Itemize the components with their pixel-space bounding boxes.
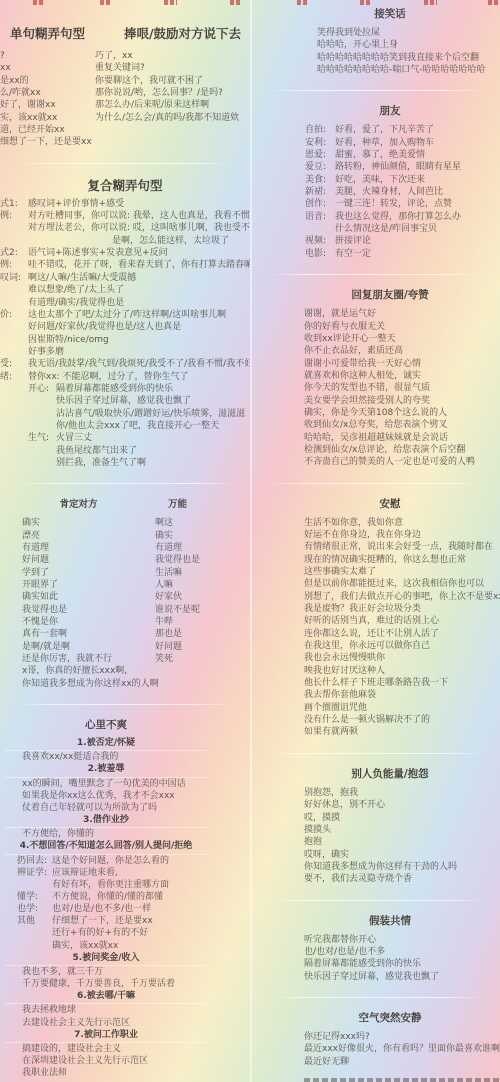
friend-row: 新裙:美腿，火辣身材，人间芭比 [305, 186, 500, 198]
row-label: 爱豆: [305, 161, 335, 173]
phrase-line: 别抱怨，抱我 [304, 787, 500, 799]
pattern-row: 有道理/确实/我觉得也是 [28, 297, 250, 309]
row-text: 甜蜜，慕了，绝美爱情 [335, 149, 425, 161]
friend-row: 美食:好吃，美味，下次还来 [305, 174, 500, 186]
section-title: 别人负能量/抱怨 [252, 768, 500, 781]
phrase-line: 笑得我到处拉屎 [317, 27, 500, 39]
phrase-line: 我觉得也是 [155, 554, 220, 566]
pattern-row: 开心:隔着屏幕都能感受到你的快乐 [28, 383, 250, 395]
phrase-line: 谢谢，就是运气好 [304, 308, 500, 320]
phrase-line: 你知道我多想成为你这样xx的人啊 [22, 678, 135, 690]
row-text: 是啊，怎么能这样，太垃圾了 [112, 235, 229, 247]
row-label: 开心: [28, 383, 56, 395]
phrase-line: xx [0, 62, 95, 74]
pattern-row: 例:哇不错哎，花开了呀，看来春天到了，你有打算去踏春嘛? [0, 259, 250, 271]
row-text: 在深圳建设社会主义先行示范区 [22, 1055, 148, 1067]
row-label: 安利: [305, 137, 335, 149]
row-text: 6.被去哪/干嘛 [77, 991, 135, 1001]
phrase-line: 这些事确实太难了 [304, 566, 500, 578]
phrase-line: 也/也对/也是/也不多 [304, 946, 500, 958]
upset-row: 我去拯救地球 [22, 1004, 212, 1016]
row-text: 7.被问工作职业 [74, 1030, 138, 1040]
phrase-line: 好了，谢谢xx [0, 99, 95, 111]
row-text: 语气词+陈述事实+发表意见+反问 [28, 247, 168, 259]
phrase-list: 谢谢，就是运气好你的好看与衣服无关收到xx评论开心一整天你不止衣品好，素质还高谢… [304, 308, 500, 468]
upset-row: 还行+有的好+有的不好 [17, 927, 212, 939]
row-label [17, 940, 52, 952]
row-text: 美腿，火辣身材，人间芭比 [335, 186, 443, 198]
section-universal: 万能 啊这确实有道理我觉得也是生活嘛人嘛好家伙谁说不是呢牛哔那也是好问题笑死 [135, 498, 245, 690]
phrase-line: 重复关键词? [95, 62, 250, 74]
phrase-line: ? [0, 50, 95, 62]
phrase-line: 他长什么样子下班走哪条路告我一下 [304, 677, 500, 689]
section-divider [266, 274, 486, 275]
phrase-line: 抱抱 [304, 836, 500, 848]
phrase-line: 为什么/怎么会/真的吗/我都不知道欸 [95, 112, 250, 124]
row-text: 对方埋汰老公，你可以说: 哎，这叫啥事儿啊，我也受不了 [28, 222, 250, 234]
phrase-line: 确实 [155, 530, 220, 542]
phrase-line: 就喜欢和你这种人相处，诚实 [304, 370, 500, 382]
phrase-line: 生活不如你意，我如你意 [304, 517, 500, 529]
phrase-line: 收到xx评论开心一整天 [304, 333, 500, 345]
section-title: 心里不爽 [0, 719, 212, 732]
phrase-list: 确实漂亮有道理好问题学到了开眼界了确实如此我觉得也是不愧是你真有一套啊是啊/就是… [22, 517, 135, 690]
row-text: 我鱼尾纹都气出来了 [56, 445, 137, 457]
section-divider [266, 997, 486, 998]
phrase-line: 要不，我们去灵隐寺烧个香 [304, 873, 500, 885]
pattern-row: 是啊，怎么能这样，太垃圾了 [112, 235, 250, 247]
section-title: 复合糊弄句型 [0, 178, 250, 194]
pattern-row: 快乐因子穿过屏幕，感觉我也飘了 [56, 395, 250, 407]
row-label: 其他 [17, 915, 52, 927]
row-label: 懂学: [17, 891, 52, 903]
phrase-line: 好好休息，别不开心 [304, 799, 500, 811]
phrase-line: x哥，你真的好擅长xxx啊, [22, 665, 135, 677]
row-label [17, 879, 52, 891]
row-text: 我无语/我鼓掌/我气到/我烦死/我受不了/我看不惯/我不好说 [28, 358, 250, 370]
upset-row: 其他仔细想了一下，还是要xx [17, 915, 212, 927]
upset-row: 如果我是你xx这么优秀，我才不会xxx [22, 790, 212, 802]
upset-row: 仗着自己年轻就可以为所欲为了吗 [22, 802, 212, 814]
phrase-line: 不吝啬自己的赞美的人一定也是可爱的人鸭 [304, 456, 500, 468]
pattern-row: 式1:感叹词+评价事情+感受 [0, 198, 250, 210]
phrase-line: 哈哈哈哈哈哈哈哈笑到我直接来个后空翻 [317, 52, 500, 64]
phrase-line: 还是你厉害，我就不行 [22, 653, 135, 665]
row-text: 好问题/好家伙/我觉得也是/这人也真是 [28, 321, 181, 333]
section-moments: 回复朋友圈/夸赞 谢谢，就是运气好你的好看与衣服无关收到xx评论开心一整天你不止… [252, 289, 500, 468]
phrase-line: 检测到仙女/x总评论，给您表演个后空翻 [304, 444, 500, 456]
upset-row: 确实，该xx就xx [17, 940, 212, 952]
row-text: 仔细想了一下，还是要xx [52, 915, 153, 927]
phrase-line: 你的好看与衣服无关 [304, 321, 500, 333]
left-column: 单句糊弄句型 ?xx是xx的么/咋就xx好了，谢谢xx实，该xx就xx道，已经开… [0, 0, 250, 1082]
section-jokes: 接笑话 笑得我到处拉屎哈哈哈，开心果上身哈哈哈哈哈哈哈哈笑到我直接来个后空翻哈哈… [252, 0, 500, 76]
upset-row: 也学:也对/也是/也不多/也一样 [17, 903, 212, 915]
phrase-line: 好问题 [155, 641, 220, 653]
top-sections-row: 单句糊弄句型 ?xx是xx的么/咋就xx好了，谢谢xx实，该xx就xx道，已经开… [0, 0, 250, 149]
phrase-line: 但是以前你都能挺过来，这次我相信你也可以 [304, 578, 500, 590]
phrase-line: 那也是 [155, 628, 220, 640]
row-text: 一键三连！转发，评论，点赞 [335, 198, 452, 210]
phrase-line: 啊这 [155, 517, 220, 529]
section-title: 空气突然安静 [252, 1012, 500, 1025]
phrase-line: 最近好无聊 [304, 1056, 500, 1068]
pattern-row: 绪:替你xx: 不能忍啊，过分了，替你生气了 [0, 371, 250, 383]
row-text: 我职业法师 [22, 1067, 67, 1079]
row-text: 应该辩证地来看, [52, 867, 118, 879]
upset-rows: 1.被否定/怀疑我喜欢xx/xx挺适合我的2.被羞辱xx的瞬间，嘴里默念了一句优… [0, 737, 212, 1079]
section-divider [266, 90, 486, 91]
row-text: 我喜欢xx/xx挺适合我的 [22, 751, 118, 763]
phrase-list: 听完我都替你开心也/也对/也是/也不多隔着屏幕都能感受到你的快乐快乐因子穿过屏幕… [304, 934, 500, 983]
friend-row: 视频:拼接评论 [305, 235, 500, 247]
friend-row: 语音:我也这么觉得，那你打算怎么办 [305, 211, 500, 223]
section-title: 接笑话 [252, 8, 500, 21]
section-divider [14, 163, 236, 164]
clipped-bottom-text-row [304, 1078, 500, 1082]
phrase-line: 谁说不是呢 [155, 604, 220, 616]
friend-row: 什么情况这是/咋回事宝贝 [305, 223, 500, 235]
upset-row: 我职业法师 [22, 1067, 212, 1079]
phrase-line: 哈哈哈，吴彦祖超越妹妹就是会说话 [304, 432, 500, 444]
row-text: 感叹词+评价事情+感受 [28, 198, 124, 210]
row-label: 价: [0, 309, 28, 321]
friend-row: 安利:好看，种草，加入购物车 [305, 137, 500, 149]
row-label: 美食: [305, 174, 335, 186]
section-divider [14, 704, 236, 705]
pattern-row: 沾沾喜气/吸取快乐/蹭蹭好运/快乐喷雾，滋滋滋 [56, 408, 250, 420]
row-text: 不方便给，你懂的 [22, 828, 94, 840]
phrase-line: 听完我都替你开心 [304, 934, 500, 946]
pattern-row: 难以想象/绝了/太上头了 [28, 284, 250, 296]
row-text: 难以想象/绝了/太上头了 [28, 284, 124, 296]
upset-row: 我也不多，就三千万 [22, 966, 212, 978]
row-text: 我也这么觉得，那你打算怎么办 [335, 211, 461, 223]
upset-row: 我喜欢xx/xx挺适合我的 [22, 751, 212, 763]
phrase-line: 确实 [22, 517, 135, 529]
phrase-line: 你今天的发型也不错，很显气质 [304, 382, 500, 394]
upset-row: 懂学:不方便说，你懂的/懂的都懂 [17, 891, 212, 903]
section-divider [14, 483, 236, 484]
phrase-line: 细想了一下，还是要xx [0, 136, 95, 148]
phrase-line: 如果有就两顿 [304, 726, 500, 738]
row-text: 5.被问奖金/收入 [73, 953, 140, 963]
row-text: 路转粉，神仙颜值，眼睛有星星 [335, 161, 461, 173]
phrase-line: 有道理 [155, 542, 220, 554]
phrase-line: 哎呀，确实 [304, 849, 500, 861]
phrase-line: 确实，你是今天第108个这么说的人 [304, 407, 500, 419]
section-upset: 心里不爽 1.被否定/怀疑我喜欢xx/xx挺适合我的2.被羞辱xx的瞬间，嘴里默… [0, 719, 212, 1079]
phrase-list: 你还记得xxx吗?最近xxx好像很火，你有看吗？里面你最喜欢谁啊?最近好无聊 [304, 1031, 500, 1068]
phrase-line: 巧了，xx [95, 50, 250, 62]
upset-row: 去建设社会主义先行示范区 [22, 1017, 212, 1029]
phrase-line: 我去帮你套他麻袋 [304, 689, 500, 701]
pattern-row: 你/他也太会xxx了吧，我直接开心一整天 [56, 420, 250, 432]
upset-row: 7.被问工作职业 [5, 1029, 207, 1043]
section-friends: 朋友 自拍:好看，爱了，下凡辛苦了安利:好看，种草，加入购物车恩爱:甜蜜，慕了，… [252, 105, 500, 260]
phrase-list: 生活不如你意，我如你意好运不在你身边，我在你身边有情绪很正常，说出来会好受一点，… [304, 517, 500, 739]
phrase-line: 牛哔 [155, 616, 220, 628]
row-label: 叹词: [0, 272, 28, 284]
section-negative-energy: 别人负能量/抱怨 别抱怨，抱我好好休息，别不开心哎，摸摸摸摸头抱抱哎呀，确实你知… [252, 768, 500, 886]
phrase-line: 摸摸头 [304, 824, 500, 836]
phrase-line: 那怎么办/后来呢/原来这样啊 [95, 99, 250, 111]
phrase-line: 在我这里，你永远可以做你自己 [304, 640, 500, 652]
upset-row: xx的瞬间，嘴里默念了一句优美的中国话 [22, 778, 212, 790]
section-fake-empathy: 假装共情 听完我都替你开心也/也对/也是/也不多隔着屏幕都能感受到你的快乐快乐因… [252, 915, 500, 983]
row-label: 生气: [28, 432, 56, 444]
row-text: xx的瞬间，嘴里默念了一句优美的中国话 [22, 778, 186, 790]
phrase-line: 最近xxx好像很火，你有看吗？里面你最喜欢谁啊? [304, 1043, 500, 1055]
row-text: 如果我是你xx这么优秀，我才不会xxx [22, 790, 175, 802]
phrase-line: 快乐因子穿过屏幕，感觉我也飘了 [304, 971, 500, 983]
friend-rows: 自拍:好看，爱了，下凡辛苦了安利:好看，种草，加入购物车恩爱:甜蜜，慕了，绝美爱… [252, 124, 500, 260]
row-text: 啊这/人嘛/生活嘛/大受震撼 [28, 272, 136, 284]
phrase-line: 哈哈哈，开心果上身 [317, 39, 500, 51]
row-text: 4.不想回答/不知道怎么回答/别人提问/拒绝 [20, 841, 193, 851]
upset-row: 搞建设的，建设社会主义 [22, 1043, 212, 1055]
phrase-line: 好问题 [22, 554, 135, 566]
phrase-list: 别抱怨，抱我好好休息，别不开心哎，摸摸摸摸头抱抱哎呀，确实你知道我多想成为你这样… [304, 787, 500, 886]
section-affirm: 肯定对方 确实漂亮有道理好问题学到了开眼界了确实如此我觉得也是不愧是你真有一套啊… [22, 498, 135, 690]
row-text: 确实，该xx就xx [52, 940, 118, 952]
upset-row: 在深圳建设社会主义先行示范区 [22, 1055, 212, 1067]
pattern-row: 叹词:啊这/人嘛/生活嘛/大受震撼 [0, 272, 250, 284]
section-compound-pattern: 复合糊弄句型 式1:感叹词+评价事情+感受例:对方吐槽同事，你可以说: 我晕，这… [0, 178, 250, 470]
row-text: 2.被羞辱 [88, 764, 125, 774]
pattern-row: 例:对方吐槽同事，你可以说: 我晕，这人也真是，我看不惯 [0, 210, 250, 222]
pattern-row: 别拦我，准备生气了啊 [56, 457, 250, 469]
section-title: 万能 [135, 498, 220, 511]
phrase-line: 你还记得xxx吗? [304, 1031, 500, 1043]
row-text: 好看，爱了，下凡辛苦了 [335, 124, 434, 136]
phrase-line: 确实如此 [22, 591, 135, 603]
row-text: 什么情况这是/咋回事宝贝 [335, 223, 437, 235]
row-label: 式2: [0, 247, 28, 259]
row-label: 受: [0, 358, 28, 370]
phrase-cheatsheet-page: 单句糊弄句型 ?xx是xx的么/咋就xx好了，谢谢xx实，该xx就xx道，已经开… [0, 0, 500, 1082]
phrase-line: 美女要学会坦然接受别人的夸奖 [304, 395, 500, 407]
pattern-rows: 式1:感叹词+评价事情+感受例:对方吐槽同事，你可以说: 我晕，这人也真是，我看… [0, 198, 250, 470]
phrase-line: 哎，摸摸 [304, 812, 500, 824]
row-label: 视频: [305, 235, 335, 247]
phrase-line: 你不止衣品好，素质还高 [304, 345, 500, 357]
row-label: 扔回去: [17, 855, 52, 867]
phrase-line: 真有一套啊 [22, 628, 135, 640]
section-title: 捧哏/鼓励对方说下去 [95, 26, 250, 42]
section-comfort: 安慰 生活不如你意，我如你意好运不在你身边，我在你身边有情绪很正常，说出来会好受… [252, 498, 500, 739]
phrase-line: 你要聊这个，我可就不困了 [95, 75, 250, 87]
row-label: 新裙: [305, 186, 335, 198]
row-text: 拼接评论 [335, 235, 371, 247]
friend-row: 恩爱:甜蜜，慕了，绝美爱情 [305, 149, 500, 161]
row-text: 沾沾喜气/吸取快乐/蹭蹭好运/快乐喷雾，滋滋滋 [56, 408, 245, 420]
row-label [17, 927, 52, 939]
row-text: 也对/也是/也不多/也一样 [52, 903, 151, 915]
row-label: 绪: [0, 371, 28, 383]
row-text: 我去拯救地球 [22, 1004, 76, 1016]
row-label: 例: [0, 210, 28, 222]
section-silence: 空气突然安静 你还记得xxx吗?最近xxx好像很火，你有看吗？里面你最喜欢谁啊?… [252, 1012, 500, 1068]
row-text: 我也不多，就三千万 [22, 966, 103, 978]
phrase-line: 实，该xx就xx [0, 112, 95, 124]
row-label: 创作: [305, 198, 335, 210]
section-title: 朋友 [252, 105, 500, 118]
pattern-row: 价:这也太那个了吧/太过分了/咋这样啊/这叫啥事儿啊 [0, 309, 250, 321]
phrase-line: 道，已经开始xx [0, 124, 95, 136]
row-text: 有空一定 [335, 248, 371, 260]
phrase-line: 唉我也好讨厌这种人 [304, 665, 500, 677]
row-label: 式1: [0, 198, 28, 210]
phrase-line: 你知道我多想成为你这样有干劲的人吗 [304, 861, 500, 873]
row-text: 隔着屏幕都能感受到你的快乐 [56, 383, 173, 395]
section-title: 回复朋友圈/夸赞 [252, 289, 500, 302]
pattern-row: 因崔斯特/nice/omg [28, 334, 250, 346]
phrase-line: 笑死 [155, 653, 220, 665]
phrase-line: 是啊/就是啊 [22, 641, 135, 653]
phrase-line: 开眼界了 [22, 579, 135, 591]
upset-row: 4.不想回答/不知道怎么回答/别人提问/拒绝 [5, 840, 207, 854]
row-text: 替你xx: 不能忍啊，过分了，替你生气了 [28, 371, 189, 383]
pattern-row: 式2:语气词+陈述事实+发表意见+反问 [0, 247, 250, 259]
section-title: 肯定对方 [22, 498, 135, 511]
right-column: 接笑话 笑得我到处拉屎哈哈哈，开心果上身哈哈哈哈哈哈哈哈笑到我直接来个后空翻哈哈… [250, 0, 500, 1082]
friend-row: 电影:有空一定 [305, 248, 500, 260]
row-label: 自拍: [305, 124, 335, 136]
upset-row: 1.被否定/怀疑 [5, 737, 207, 751]
row-text: 去建设社会主义先行示范区 [22, 1017, 130, 1029]
section-divider [266, 753, 486, 754]
phrase-line: 好听的话别当真，难过的话别上心 [304, 615, 500, 627]
phrase-line: 是xx的 [0, 75, 95, 87]
row-label: 电影: [305, 248, 335, 260]
phrase-line: 我也会永远慢慢哄你 [304, 652, 500, 664]
phrase-line: 有道理 [22, 542, 135, 554]
section-penggen: 捧哏/鼓励对方说下去 巧了，xx重复关键词?你要聊这个，我可就不困了那你说说/哟… [95, 26, 250, 149]
upset-row: 辨证学:应该辩证地来看, [17, 867, 212, 879]
phrase-line: 我是废物？我正好会垃圾分类 [304, 603, 500, 615]
row-text: 有好有坏，看你更注重哪方面 [52, 879, 169, 891]
pattern-row: 好问题/好家伙/我觉得也是/这人也真是 [28, 321, 250, 333]
row-label: 例: [0, 259, 28, 271]
phrase-line: 别想了，我们去做点开心的事吧，你上次不是要xxx [304, 591, 500, 603]
section-title: 假装共情 [252, 915, 500, 928]
friend-row: 创作:一键三连！转发，评论，点赞 [305, 198, 500, 210]
row-text: 这是个好问题，你是怎么看的 [52, 855, 169, 867]
phrase-line: 哈哈哈哈哈哈哈哈-喘口气-哈哈哈哈哈哈哈 [317, 64, 500, 76]
upset-row: 有好有坏，看你更注重哪方面 [17, 879, 212, 891]
section-single-pattern: 单句糊弄句型 ?xx是xx的么/咋就xx好了，谢谢xx实，该xx就xx道，已经开… [0, 26, 95, 149]
row-text: 不方便说，你懂的/懂的都懂 [52, 891, 163, 903]
row-text: 有道理/确实/我觉得也是 [28, 297, 124, 309]
phrase-line: 谢谢小可爱带给我一天好心情 [304, 358, 500, 370]
upset-row: 5.被问奖金/收入 [5, 952, 207, 966]
row-text: 对方吐槽同事，你可以说: 我晕，这人也真是，我看不惯 [28, 210, 250, 222]
row-text: 好看，种草，加入购物车 [335, 137, 434, 149]
phrase-list: 啊这确实有道理我觉得也是生活嘛人嘛好家伙谁说不是呢牛哔那也是好问题笑死 [155, 517, 220, 665]
row-text: 这也太那个了吧/太过分了/咋这样啊/这叫啥事儿啊 [28, 309, 226, 321]
phrase-list: 笑得我到处拉屎哈哈哈，开心果上身哈哈哈哈哈哈哈哈笑到我直接来个后空翻哈哈哈哈哈哈… [317, 27, 500, 76]
row-text: 快乐因子穿过屏幕，感觉我也飘了 [56, 395, 191, 407]
section-divider [266, 483, 486, 484]
row-label: 也学: [17, 903, 52, 915]
row-label: 辨证学: [17, 867, 52, 879]
row-text: 3.借作业抄 [83, 815, 129, 825]
row-text: 千万要健康，千万要善良，千万要活着 [22, 978, 175, 990]
phrase-line: 那你说说/哟，怎么回事？/是吗? [95, 87, 250, 99]
upset-row: 千万要健康，千万要善良，千万要活着 [22, 978, 212, 990]
row-label [305, 223, 335, 235]
phrase-line: 学到了 [22, 567, 135, 579]
upset-row: 不方便给，你懂的 [22, 828, 212, 840]
row-text: 因崔斯特/nice/omg [28, 334, 109, 346]
phrase-line: 漂亮 [22, 530, 135, 542]
pattern-row: 好事多磨 [28, 346, 250, 358]
friend-row: 自拍:好看，爱了，下凡辛苦了 [305, 124, 500, 136]
row-text: 还行+有的好+有的不好 [52, 927, 148, 939]
phrase-line: 收到仙女/x总夸奖，给您表演个劈叉 [304, 419, 500, 431]
phrase-list: ?xx是xx的么/咋就xx好了，谢谢xx实，该xx就xx道，已经开始xx细想了一… [0, 50, 95, 149]
row-text: 仗着自己年轻就可以为所欲为了吗 [22, 802, 157, 814]
phrase-line: 好家伙 [155, 591, 220, 603]
phrase-line: 现在的情况确实挺糟的，你这么想也正常 [304, 554, 500, 566]
phrase-line: 生活嘛 [155, 567, 220, 579]
twin-lists-row: 肯定对方 确实漂亮有道理好问题学到了开眼界了确实如此我觉得也是不愧是你真有一套啊… [22, 498, 250, 690]
pattern-row: 我鱼尾纹都气出来了 [56, 445, 250, 457]
row-text: 1.被否定/怀疑 [77, 738, 135, 748]
phrase-line: 好运不在你身边，我在你身边 [304, 529, 500, 541]
upset-row: 6.被去哪/干嘛 [5, 990, 207, 1004]
row-text: 别拦我，准备生气了啊 [56, 457, 146, 469]
section-title: 安慰 [252, 498, 500, 511]
phrase-line: 人嘛 [155, 579, 220, 591]
upset-row: 扔回去:这是个好问题，你是怎么看的 [17, 855, 212, 867]
row-text: 火冒三丈 [56, 432, 92, 444]
phrase-list: 巧了，xx重复关键词?你要聊这个，我可就不困了那你说说/哟，怎么回事？/是吗?那… [95, 50, 250, 124]
upset-row: 3.借作业抄 [5, 814, 207, 828]
phrase-line: 么/咋就xx [0, 87, 95, 99]
phrase-line: 没有什么是一顿火锅解决不了的 [304, 714, 500, 726]
row-label: 语音: [305, 211, 335, 223]
pattern-row: 受:我无语/我鼓掌/我气到/我烦死/我受不了/我看不惯/我不好说 [0, 358, 250, 370]
row-text: 你/他也太会xxx了吧，我直接开心一整天 [56, 420, 219, 432]
phrase-line: 我觉得也是 [22, 604, 135, 616]
phrase-line: 有情绪很正常，说出来会好受一点，我随时都在 [304, 541, 500, 553]
phrase-line: 连你都这么说，还让不让别人活了 [304, 628, 500, 640]
friend-row: 爱豆:路转粉，神仙颜值，眼睛有星星 [305, 161, 500, 173]
row-text: 好事多磨 [28, 346, 64, 358]
phrase-line: 不愧是你 [22, 616, 135, 628]
pattern-row: 对方埋汰老公，你可以说: 哎，这叫啥事儿啊，我也受不了 [28, 222, 250, 234]
row-text: 哇不错哎，花开了呀，看来春天到了，你有打算去踏春嘛? [28, 259, 250, 271]
row-text: 好吃，美味，下次还来 [335, 174, 425, 186]
row-label: 恩爱: [305, 149, 335, 161]
upset-row: 2.被羞辱 [5, 763, 207, 777]
phrase-line: 画个圈圈诅咒他 [304, 702, 500, 714]
pattern-row: 生气:火冒三丈 [28, 432, 250, 444]
row-text: 搞建设的，建设社会主义 [22, 1043, 121, 1055]
phrase-line: 隔着屏幕都能感受到你的快乐 [304, 958, 500, 970]
section-title: 单句糊弄句型 [0, 26, 95, 42]
section-divider [266, 900, 486, 901]
